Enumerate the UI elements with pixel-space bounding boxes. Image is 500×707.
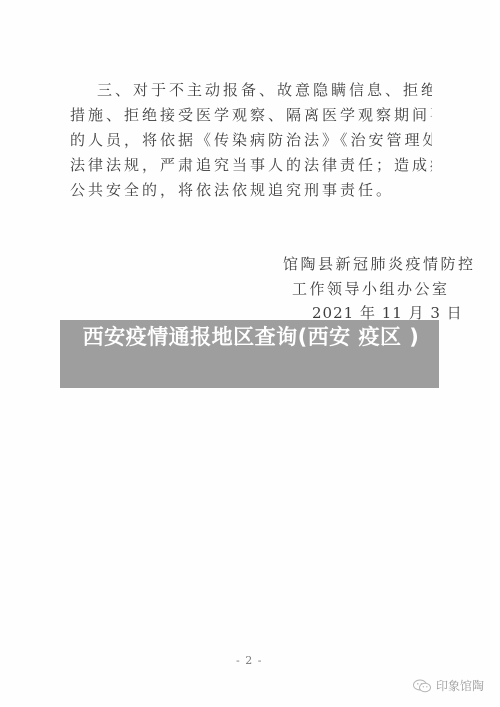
notice-paragraph: 三、对于不主动报备、故意隐瞒信息、拒绝落实疫情管控 措施、拒绝接受医学观察、隔离… — [70, 78, 432, 203]
paragraph-line: 三、对于不主动报备、故意隐瞒信息、拒绝落实疫情管控 — [70, 78, 432, 103]
watermark-label: 印象馆陶 — [436, 677, 484, 694]
page-number: - 2 - — [236, 654, 262, 667]
document-page: 三、对于不主动报备、故意隐瞒信息、拒绝落实疫情管控 措施、拒绝接受医学观察、隔离… — [0, 0, 500, 707]
watermark: 印象馆陶 — [412, 677, 484, 694]
banner-title: 西安疫情通报地区查询(西安 疫区 ) — [70, 324, 432, 351]
paragraph-line: 措施、拒绝接受医学观察、隔离医学观察期间不遵守防疫规定 — [70, 103, 432, 128]
signature-org-line-2: 工作领导小组办公室 — [292, 278, 450, 299]
wechat-icon — [412, 679, 432, 693]
paragraph-line: 法律法规，严肃追究当事人的法律责任；造成疫情传播、危害 — [70, 153, 432, 178]
paragraph-line: 公共安全的，将依法依规追究刑事责任。 — [70, 178, 432, 203]
signature-org-line-1: 馆陶县新冠肺炎疫情防控 — [283, 253, 476, 274]
paragraph-line: 的人员，将依据《传染病防治法》《治安管理处罚法》等相关 — [70, 128, 432, 153]
title-banner: 西安疫情通报地区查询(西安 疫区 ) — [60, 320, 439, 388]
